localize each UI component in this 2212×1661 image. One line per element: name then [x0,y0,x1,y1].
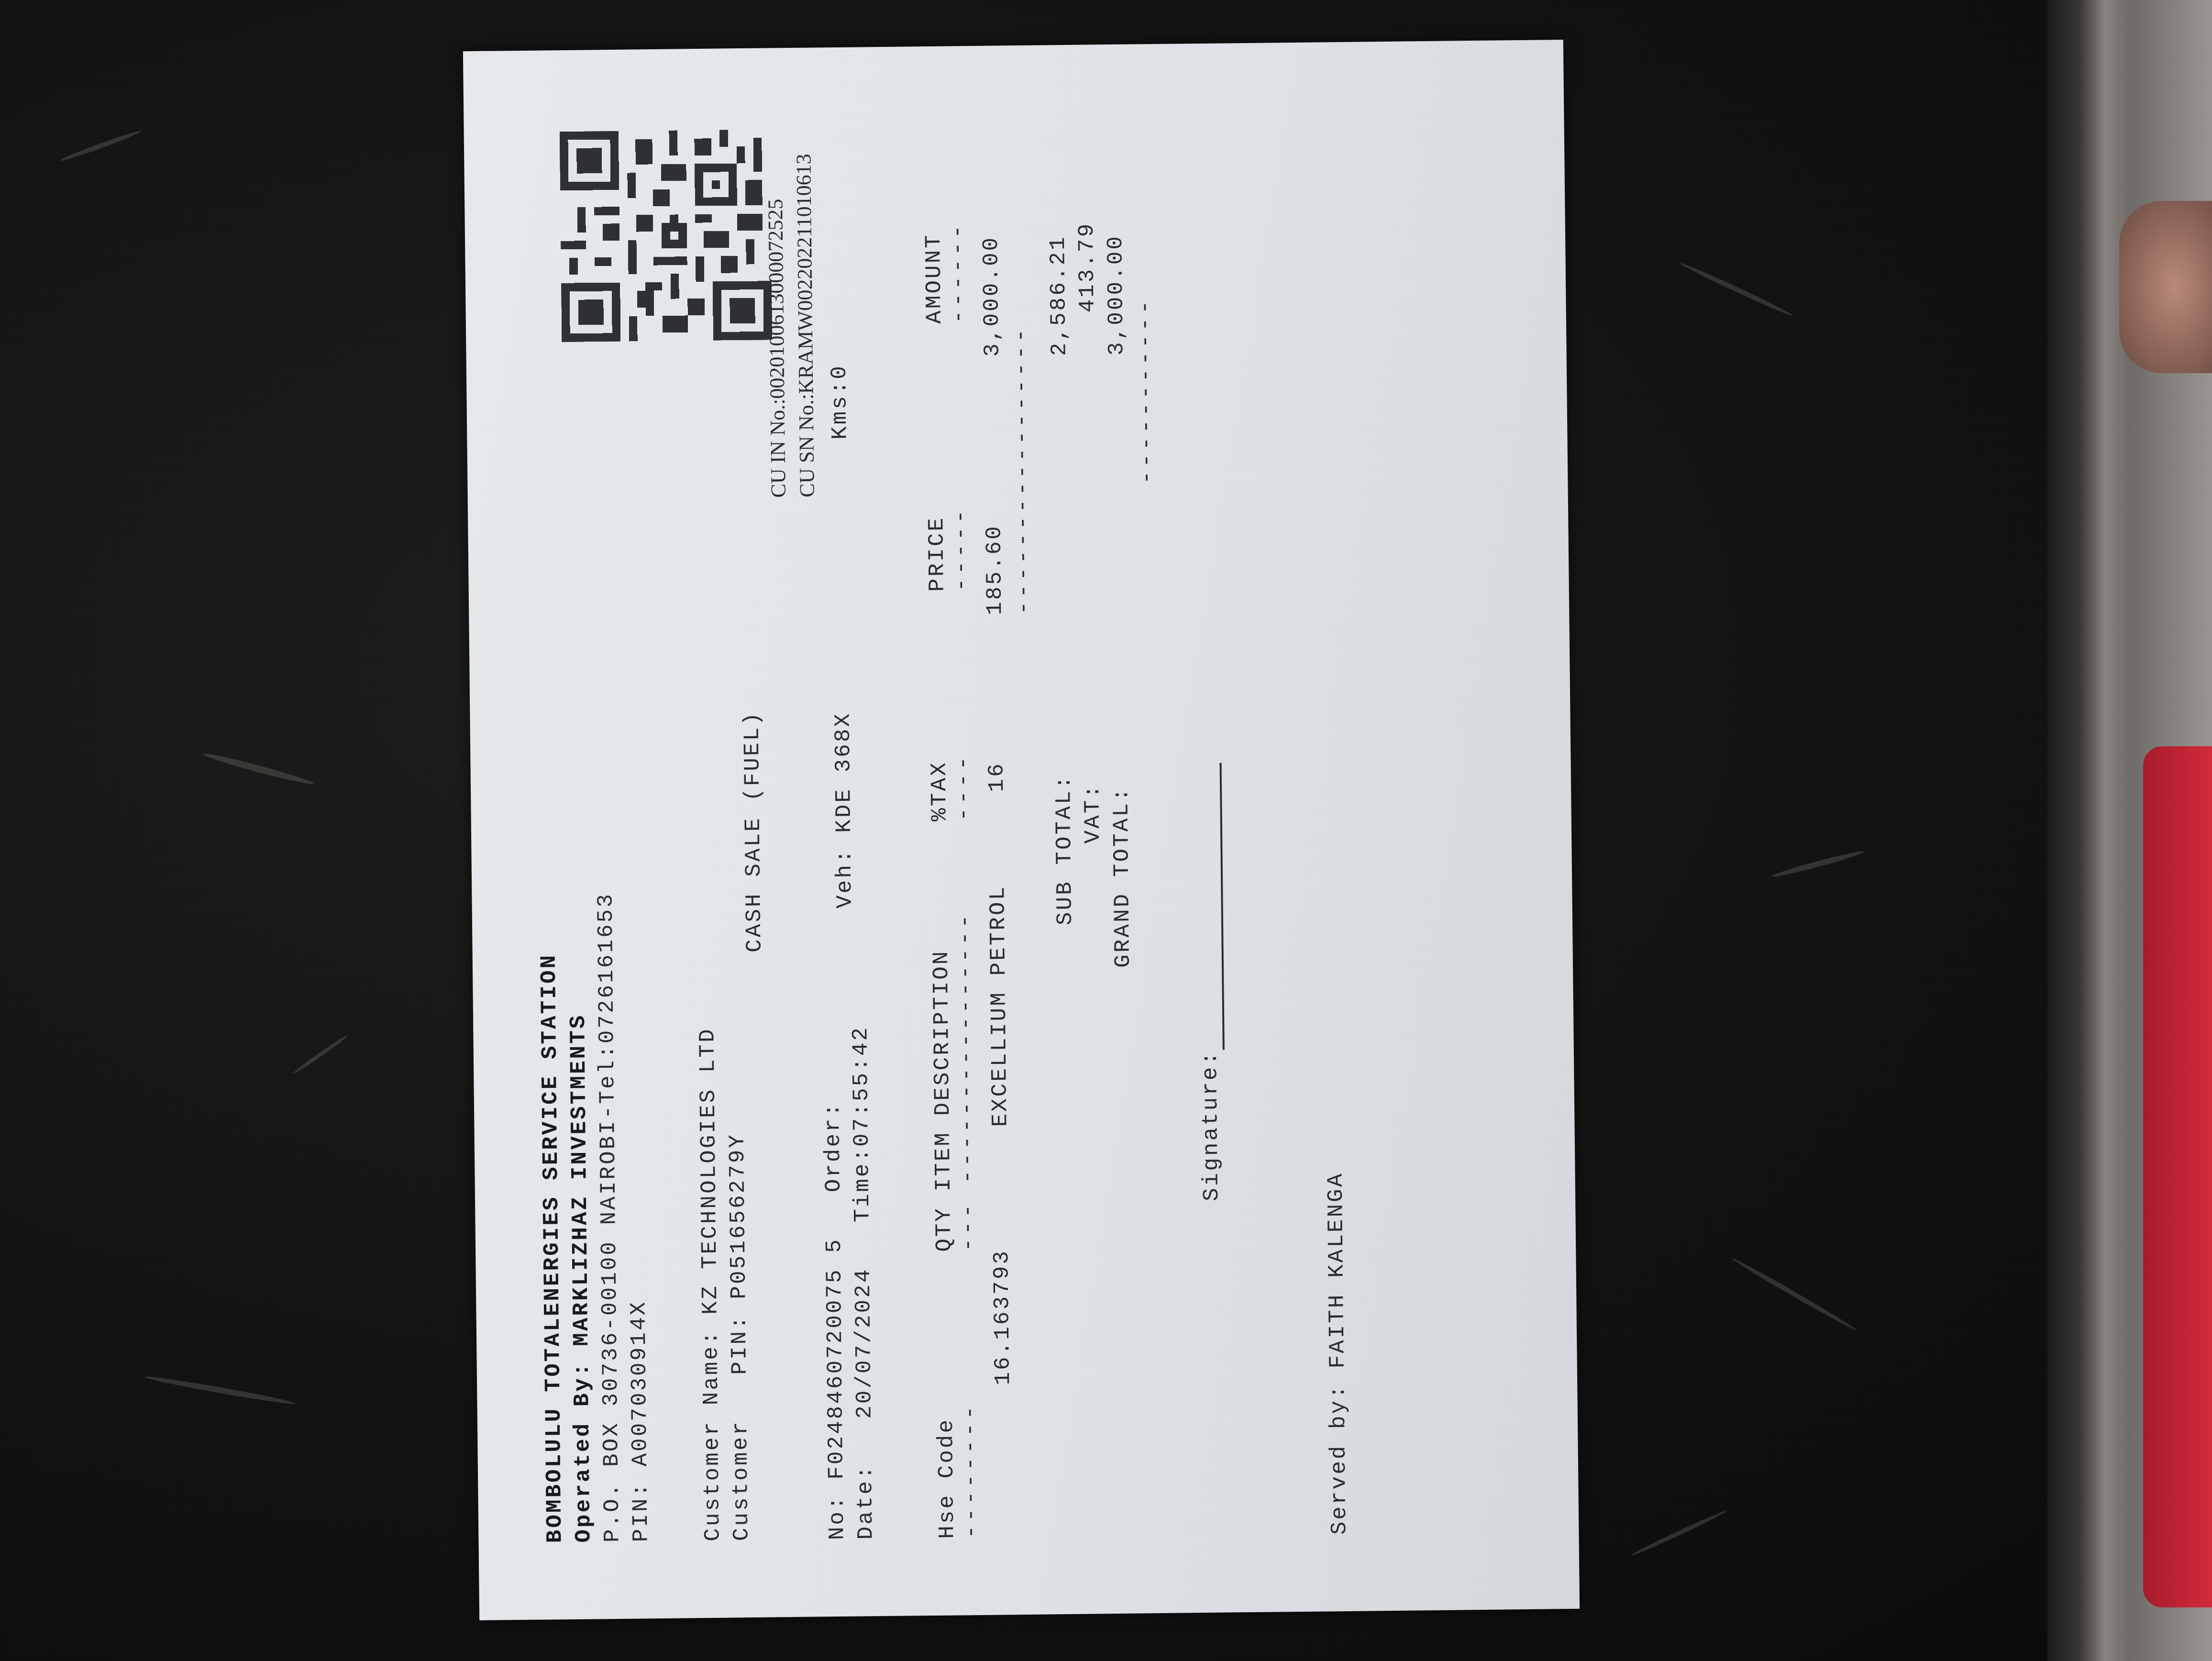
cu-sn-number: CU SN No.:KRAMW002202211010613 [789,154,822,498]
customer-pin: Customer PIN: P051656279Y [723,1133,756,1541]
operated-by-label: Operated By: [570,1361,597,1543]
vehicle: Veh: KDE 368X [829,712,859,908]
signature-field: Signature: [1193,763,1227,1202]
header-divider: ----- [946,506,976,592]
header-divider: -------- [956,1402,986,1539]
served-by: Served by: FAITH KALENGA [1322,1172,1354,1535]
qr-code-icon [532,221,745,433]
sale-type: CASH SALE (FUEL) [738,710,769,952]
cu-in-number: CU IN No.:0020100613000072525 [761,199,793,498]
signature-label: Signature: [1198,1050,1224,1202]
signature-line [1199,763,1225,1050]
sub-total-value: 2,586.21 [1044,235,1074,356]
item-tax: 16 [983,762,1012,792]
grand-total-value: 3,000.00 [1101,234,1131,355]
item-price: 185.60 [980,524,1009,615]
station-pin: PIN: A007030914X [624,1300,655,1542]
receipt-number: No: F0248460720075 5 Order: [818,1101,852,1540]
table-row: 16.163793 EXCELLIUM PETROL 16 185.60 3,0… [1617,118,1833,1531]
vat-value: 413.79 [1073,222,1102,313]
operator-name: MARKLIZHAZ INVESTMENTS [566,1013,594,1346]
header-divider: ------ [943,221,973,323]
station-address: P.O. BOX 30736-00100 NAIROBI-Tel:0726161… [591,892,627,1543]
receipt-paper: BOMBOLULU TOTALENERGIES SERVICE STATION … [463,40,1580,1620]
item-qty: 16.163793 [987,1249,1018,1385]
customer-name: Customer Name: KZ TECHNOLOGIES LTD [693,1027,727,1541]
sub-total-label: SUB TOTAL: [1050,774,1080,926]
totals-divider: ----------------- [1006,325,1038,615]
kms: Kms:0 [825,364,855,440]
receipt-content: BOMBOLULU TOTALENERGIES SERVICE STATION … [526,122,1522,1543]
item-amount: 3,000.00 [977,235,1007,356]
grand-total-divider: ----------- [1130,297,1161,484]
vat-label: VAT: [1078,783,1107,844]
header-divider: --- ---------------- [951,911,983,1252]
grand-total-label: GRAND TOTAL: [1107,786,1138,968]
header-divider: ---- [949,753,978,821]
item-description: EXCELLIUM PETROL [984,885,1015,1127]
receipt-date-time: Date: 20/07/2024 Time:07:55:42 [846,1026,880,1540]
